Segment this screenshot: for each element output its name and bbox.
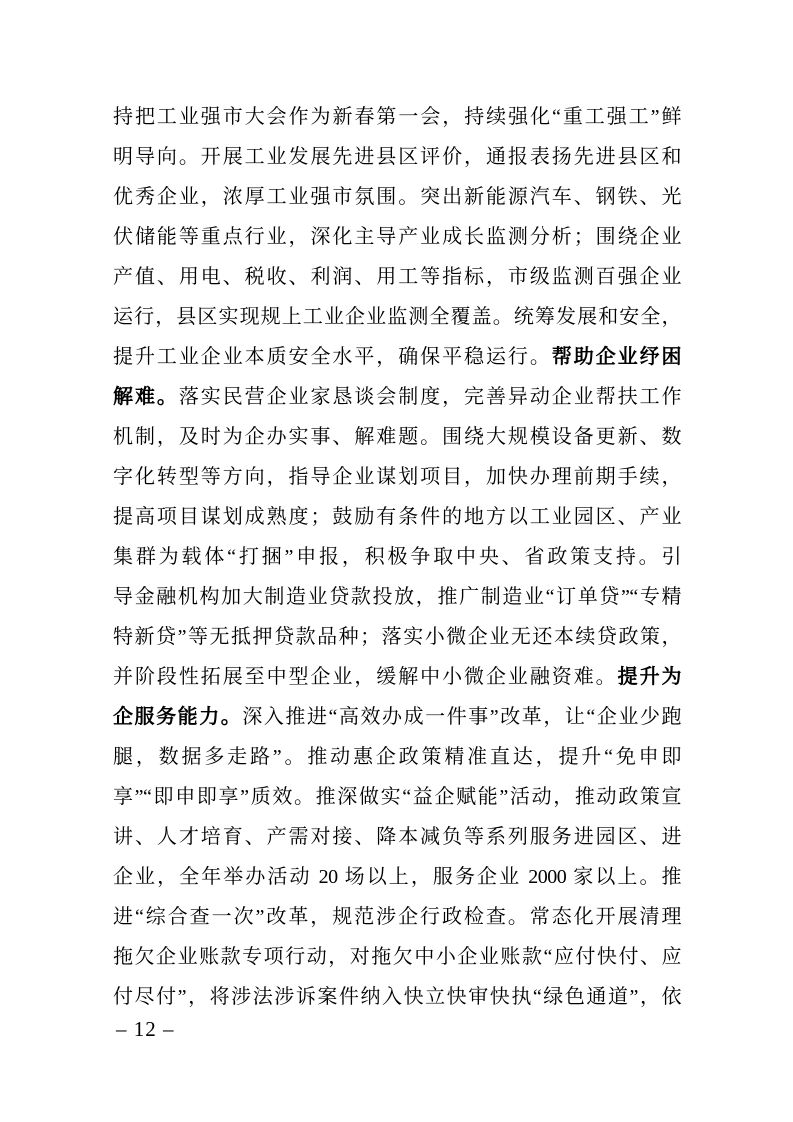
text-line: 进“综合查一次”改革，规范涉企行政检查。常态化开展清理 — [113, 897, 681, 937]
text-run: 享”“即申即享”质效。推深做实“益企赋能”活动，推动政策宣 — [113, 786, 681, 808]
text-run: 落实民营企业家恳谈会制度，完善异动企业帮扶工作 — [179, 386, 681, 408]
text-line: 明导向。开展工业发展先进县区评价，通报表扬先进县区和 — [113, 137, 681, 177]
text-run: 并阶段性拓展至中型企业，缓解中小微企业融资难。 — [113, 666, 618, 688]
text-line: 腿，数据多走路”。推动惠企政策精准直达，提升“免申即 — [113, 737, 681, 777]
text-run: 字化转型等方向，指导企业谋划项目，加快办理前期手续， — [113, 466, 681, 488]
page-number: – 12 – — [116, 1016, 175, 1042]
text-line: 字化转型等方向，指导企业谋划项目，加快办理前期手续， — [113, 457, 681, 497]
text-line: 优秀企业，浓厚工业强市氛围。突出新能源汽车、钢铁、光 — [113, 177, 681, 217]
text-line: 并阶段性拓展至中型企业，缓解中小微企业融资难。提升为 — [113, 657, 681, 697]
text-line: 享”“即申即享”质效。推深做实“益企赋能”活动，推动政策宣 — [113, 777, 681, 817]
document-page: 持把工业强市大会作为新春第一会，持续强化“重工强工”鲜明导向。开展工业发展先进县… — [0, 0, 793, 1122]
text-line: 讲、人才培育、产需对接、降本减负等系列服务进园区、进 — [113, 817, 681, 857]
text-run: 拖欠企业账款专项行动，对拖欠中小企业账款“应付快付、应 — [113, 946, 681, 968]
text-run: 深入推进“高效办成一件事”改革，让“企业少跑 — [242, 706, 681, 728]
text-run: 伏储能等重点行业，深化主导产业成长监测分析；围绕企业 — [113, 226, 681, 248]
text-line: 机制，及时为企办实事、解难题。围绕大规模设备更新、数 — [113, 417, 681, 457]
text-line: 企业，全年举办活动 20 场以上，服务企业 2000 家以上。推 — [113, 857, 681, 897]
text-line: 特新贷”等无抵押贷款品种；落实小微企业无还本续贷政策， — [113, 617, 681, 657]
text-run: 提高项目谋划成熟度；鼓励有条件的地方以工业园区、产业 — [113, 506, 681, 528]
text-line: 拖欠企业账款专项行动，对拖欠中小企业账款“应付快付、应 — [113, 937, 681, 977]
document-body: 持把工业强市大会作为新春第一会，持续强化“重工强工”鲜明导向。开展工业发展先进县… — [113, 97, 681, 1017]
text-line: 运行，县区实现规上工业企业监测全覆盖。统筹发展和安全， — [113, 297, 681, 337]
emphasis-text-run: 解难。 — [113, 386, 179, 408]
text-line: 产值、用电、税收、利润、用工等指标，市级监测百强企业 — [113, 257, 681, 297]
text-line: 付尽付”，将涉法涉诉案件纳入快立快审快执“绿色通道”，依 — [113, 977, 681, 1017]
emphasis-text-run: 提升为 — [618, 666, 681, 688]
text-run: 产值、用电、税收、利润、用工等指标，市级监测百强企业 — [113, 266, 681, 288]
text-run: 企业，全年举办活动 20 场以上，服务企业 2000 家以上。推 — [113, 866, 681, 888]
text-run: 特新贷”等无抵押贷款品种；落实小微企业无还本续贷政策， — [113, 626, 681, 648]
text-line: 提升工业企业本质安全水平，确保平稳运行。帮助企业纾困 — [113, 337, 681, 377]
text-line: 持把工业强市大会作为新春第一会，持续强化“重工强工”鲜 — [113, 97, 681, 137]
text-run: 讲、人才培育、产需对接、降本减负等系列服务进园区、进 — [113, 826, 681, 848]
text-line: 解难。落实民营企业家恳谈会制度，完善异动企业帮扶工作 — [113, 377, 681, 417]
text-run: 导金融机构加大制造业贷款投放，推广制造业“订单贷”“专精 — [113, 586, 681, 608]
text-run: 明导向。开展工业发展先进县区评价，通报表扬先进县区和 — [113, 146, 681, 168]
text-line: 企服务能力。深入推进“高效办成一件事”改革，让“企业少跑 — [113, 697, 681, 737]
text-run: 付尽付”，将涉法涉诉案件纳入快立快审快执“绿色通道”，依 — [113, 986, 681, 1008]
text-run: 持把工业强市大会作为新春第一会，持续强化“重工强工”鲜 — [113, 106, 681, 128]
text-run: 提升工业企业本质安全水平，确保平稳运行。 — [113, 346, 552, 368]
emphasis-text-run: 企服务能力。 — [113, 706, 242, 728]
text-run: 进“综合查一次”改革，规范涉企行政检查。常态化开展清理 — [113, 906, 681, 928]
text-line: 提高项目谋划成熟度；鼓励有条件的地方以工业园区、产业 — [113, 497, 681, 537]
text-run: 机制，及时为企办实事、解难题。围绕大规模设备更新、数 — [113, 426, 681, 448]
text-line: 集群为载体“打捆”申报，积极争取中央、省政策支持。引 — [113, 537, 681, 577]
text-run: 运行，县区实现规上工业企业监测全覆盖。统筹发展和安全， — [113, 306, 681, 328]
text-line: 导金融机构加大制造业贷款投放，推广制造业“订单贷”“专精 — [113, 577, 681, 617]
text-run: 集群为载体“打捆”申报，积极争取中央、省政策支持。引 — [113, 546, 681, 568]
text-run: 优秀企业，浓厚工业强市氛围。突出新能源汽车、钢铁、光 — [113, 186, 681, 208]
text-line: 伏储能等重点行业，深化主导产业成长监测分析；围绕企业 — [113, 217, 681, 257]
emphasis-text-run: 帮助企业纾困 — [552, 346, 681, 368]
text-run: 腿，数据多走路”。推动惠企政策精准直达，提升“免申即 — [113, 746, 681, 768]
